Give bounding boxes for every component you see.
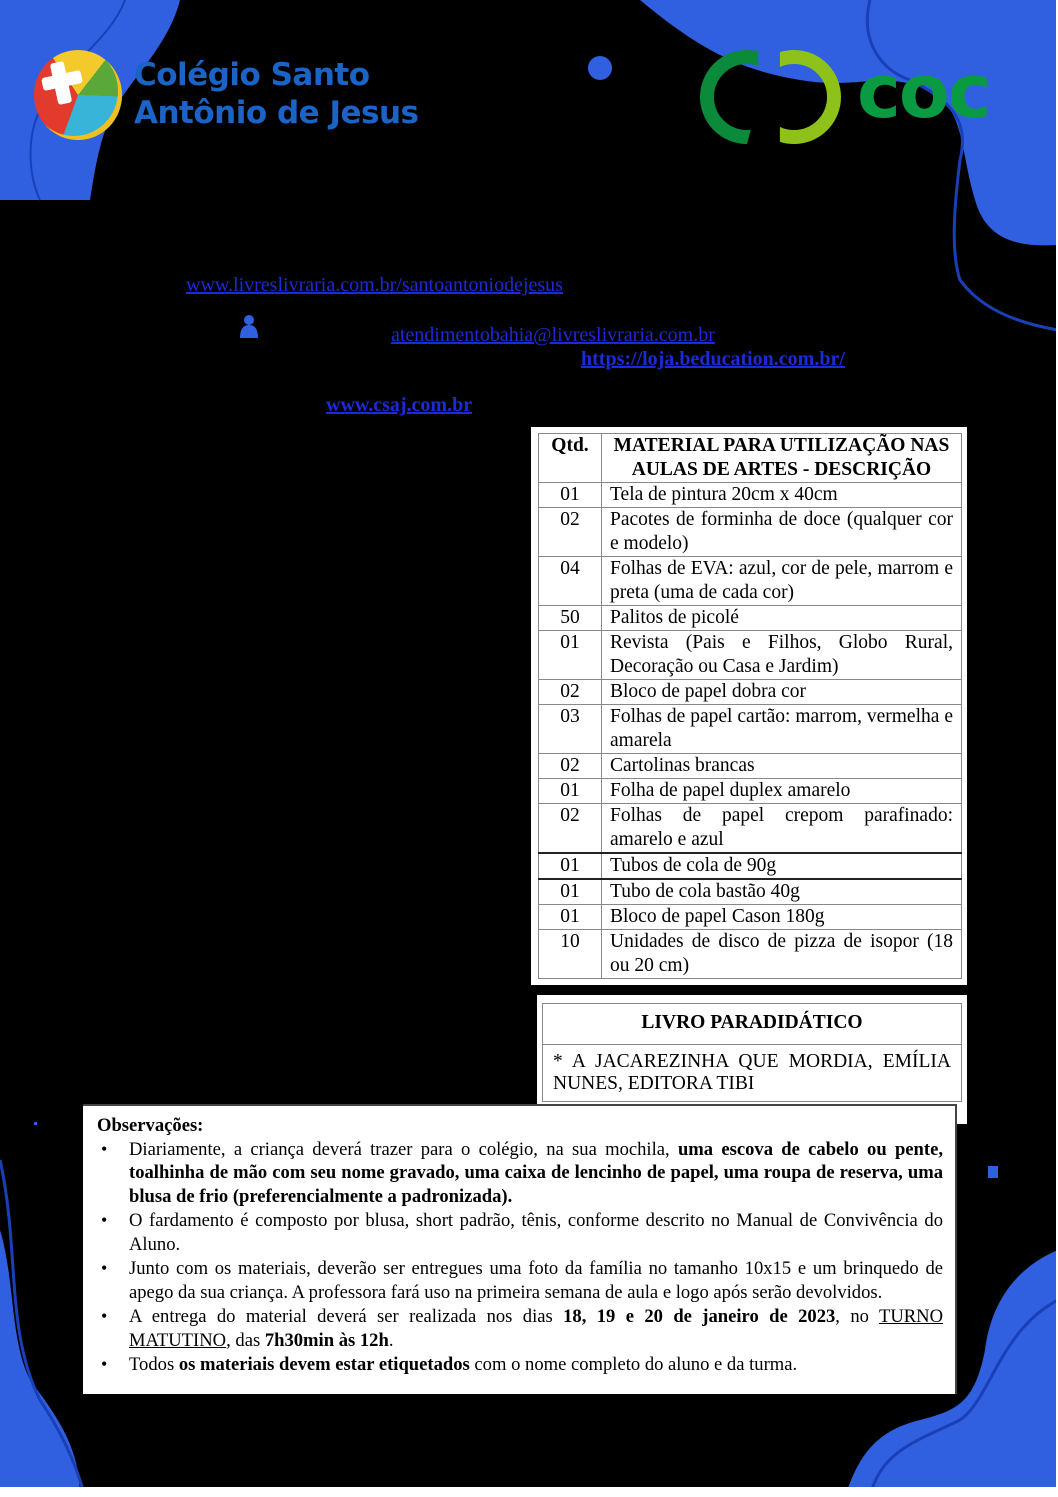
- description-cell: Folhas de EVA: azul, cor de pele, marrom…: [602, 557, 962, 606]
- observations-title: Observações:: [97, 1114, 943, 1138]
- book-table-title: LIVRO PARADIDÁTICO: [543, 1004, 962, 1045]
- observation-text: os materiais devem estar etiquetados: [179, 1354, 470, 1375]
- qty-cell: 01: [539, 905, 602, 930]
- materials-table-container: Qtd. MATERIAL PARA UTILIZAÇÃO NAS AULAS …: [531, 427, 967, 985]
- observation-text: 7h30min às 12h: [265, 1330, 389, 1351]
- observations-list: Diariamente, a criança deverá trazer par…: [97, 1138, 943, 1377]
- qty-cell: 01: [539, 483, 602, 508]
- book-table: LIVRO PARADIDÁTICO * A JACAREZINHA QUE M…: [542, 1003, 962, 1102]
- observation-item: Junto com os materiais, deverão ser entr…: [97, 1257, 943, 1304]
- school-site-link[interactable]: www.csaj.com.br: [326, 394, 472, 417]
- table-row: 02Pacotes de forminha de doce (qualquer …: [539, 508, 962, 557]
- qty-cell: 01: [539, 879, 602, 905]
- table-row: 02Folhas de papel crepom parafinado: ama…: [539, 804, 962, 854]
- description-cell: Folhas de papel cartão: marrom, vermelha…: [602, 705, 962, 754]
- observation-text: Todos: [129, 1354, 179, 1375]
- observations-box: Observações: Diariamente, a criança deve…: [83, 1104, 957, 1394]
- table-row: 10Unidades de disco de pizza de isopor (…: [539, 930, 962, 979]
- observation-item: A entrega do material deverá ser realiza…: [97, 1305, 943, 1352]
- description-header: MATERIAL PARA UTILIZAÇÃO NAS AULAS DE AR…: [602, 434, 962, 483]
- table-row: 01Folha de papel duplex amarelo: [539, 779, 962, 804]
- school-emblem-icon: [34, 50, 122, 140]
- school-name-line2: Antônio de Jesus: [134, 94, 419, 132]
- table-row: 03Folhas de papel cartão: marrom, vermel…: [539, 705, 962, 754]
- description-cell: Folhas de papel crepom parafinado: amare…: [602, 804, 962, 854]
- observation-text: O fardamento é composto por blusa, short…: [129, 1210, 943, 1255]
- table-row: 01Bloco de papel Cason 180g: [539, 905, 962, 930]
- description-cell: Folha de papel duplex amarelo: [602, 779, 962, 804]
- qty-header: Qtd.: [539, 434, 602, 483]
- description-cell: Bloco de papel Cason 180g: [602, 905, 962, 930]
- bookstore-email-link[interactable]: atendimentobahia@livreslivraria.com.br: [391, 324, 715, 347]
- qty-cell: 03: [539, 705, 602, 754]
- observation-text: A entrega do material deverá ser realiza…: [129, 1306, 563, 1327]
- table-row: 50Palitos de picolé: [539, 606, 962, 631]
- table-row: 02Bloco de papel dobra cor: [539, 680, 962, 705]
- observation-text: .: [389, 1330, 394, 1351]
- description-cell: Cartolinas brancas: [602, 754, 962, 779]
- qty-cell: 01: [539, 631, 602, 680]
- table-row: 01Revista (Pais e Filhos, Globo Rural, D…: [539, 631, 962, 680]
- observation-text: , das: [226, 1330, 265, 1351]
- observation-text: Junto com os materiais, deverão ser entr…: [129, 1258, 943, 1303]
- qty-cell: 04: [539, 557, 602, 606]
- qty-cell: 02: [539, 754, 602, 779]
- table-row: 01Tubos de cola de 90g: [539, 853, 962, 879]
- observation-text: 18, 19 e 20 de janeiro de 2023: [563, 1306, 835, 1327]
- observation-text: Diariamente, a criança deverá trazer par…: [129, 1139, 678, 1160]
- observation-item: Todos os materiais devem estar etiquetad…: [97, 1353, 943, 1377]
- description-cell: Bloco de papel dobra cor: [602, 680, 962, 705]
- table-header-row: Qtd. MATERIAL PARA UTILIZAÇÃO NAS AULAS …: [539, 434, 962, 483]
- qty-cell: 10: [539, 930, 602, 979]
- school-name-line1: Colégio Santo: [134, 56, 419, 94]
- description-cell: Tubos de cola de 90g: [602, 853, 962, 879]
- school-logo: Colégio Santo Antônio de Jesus: [30, 48, 470, 148]
- person-icon: [238, 314, 260, 338]
- observation-text: com o nome completo do aluno e da turma.: [470, 1354, 797, 1375]
- coc-wordmark: coc: [857, 52, 990, 132]
- beducation-link[interactable]: https://loja.beducation.com.br/: [581, 348, 845, 371]
- observation-item: Diariamente, a criança deverá trazer par…: [97, 1138, 943, 1209]
- qty-cell: 50: [539, 606, 602, 631]
- table-row: 02Cartolinas brancas: [539, 754, 962, 779]
- table-row: 01Tubo de cola bastão 40g: [539, 879, 962, 905]
- coc-logo: coc: [695, 48, 1035, 148]
- bookstore-link[interactable]: www.livreslivraria.com.br/santoantoniode…: [186, 274, 563, 297]
- materials-table: Qtd. MATERIAL PARA UTILIZAÇÃO NAS AULAS …: [538, 433, 962, 979]
- materials-table-body: 01Tela de pintura 20cm x 40cm02Pacotes d…: [539, 483, 962, 979]
- qty-cell: 02: [539, 508, 602, 557]
- book-entry: * A JACAREZINHA QUE MORDIA, EMÍLIA NUNES…: [543, 1045, 962, 1102]
- table-row: 01Tela de pintura 20cm x 40cm: [539, 483, 962, 508]
- description-cell: Tela de pintura 20cm x 40cm: [602, 483, 962, 508]
- qty-cell: 02: [539, 680, 602, 705]
- description-cell: Tubo de cola bastão 40g: [602, 879, 962, 905]
- description-cell: Revista (Pais e Filhos, Globo Rural, Dec…: [602, 631, 962, 680]
- qty-cell: 01: [539, 853, 602, 879]
- observation-item: O fardamento é composto por blusa, short…: [97, 1209, 943, 1256]
- coc-ring-lime-icon: [747, 50, 841, 144]
- observation-text: , no: [835, 1306, 879, 1327]
- qty-cell: 01: [539, 779, 602, 804]
- description-cell: Pacotes de forminha de doce (qualquer co…: [602, 508, 962, 557]
- school-name: Colégio Santo Antônio de Jesus: [134, 56, 419, 132]
- description-cell: Palitos de picolé: [602, 606, 962, 631]
- description-cell: Unidades de disco de pizza de isopor (18…: [602, 930, 962, 979]
- table-row: 04Folhas de EVA: azul, cor de pele, marr…: [539, 557, 962, 606]
- qty-cell: 02: [539, 804, 602, 854]
